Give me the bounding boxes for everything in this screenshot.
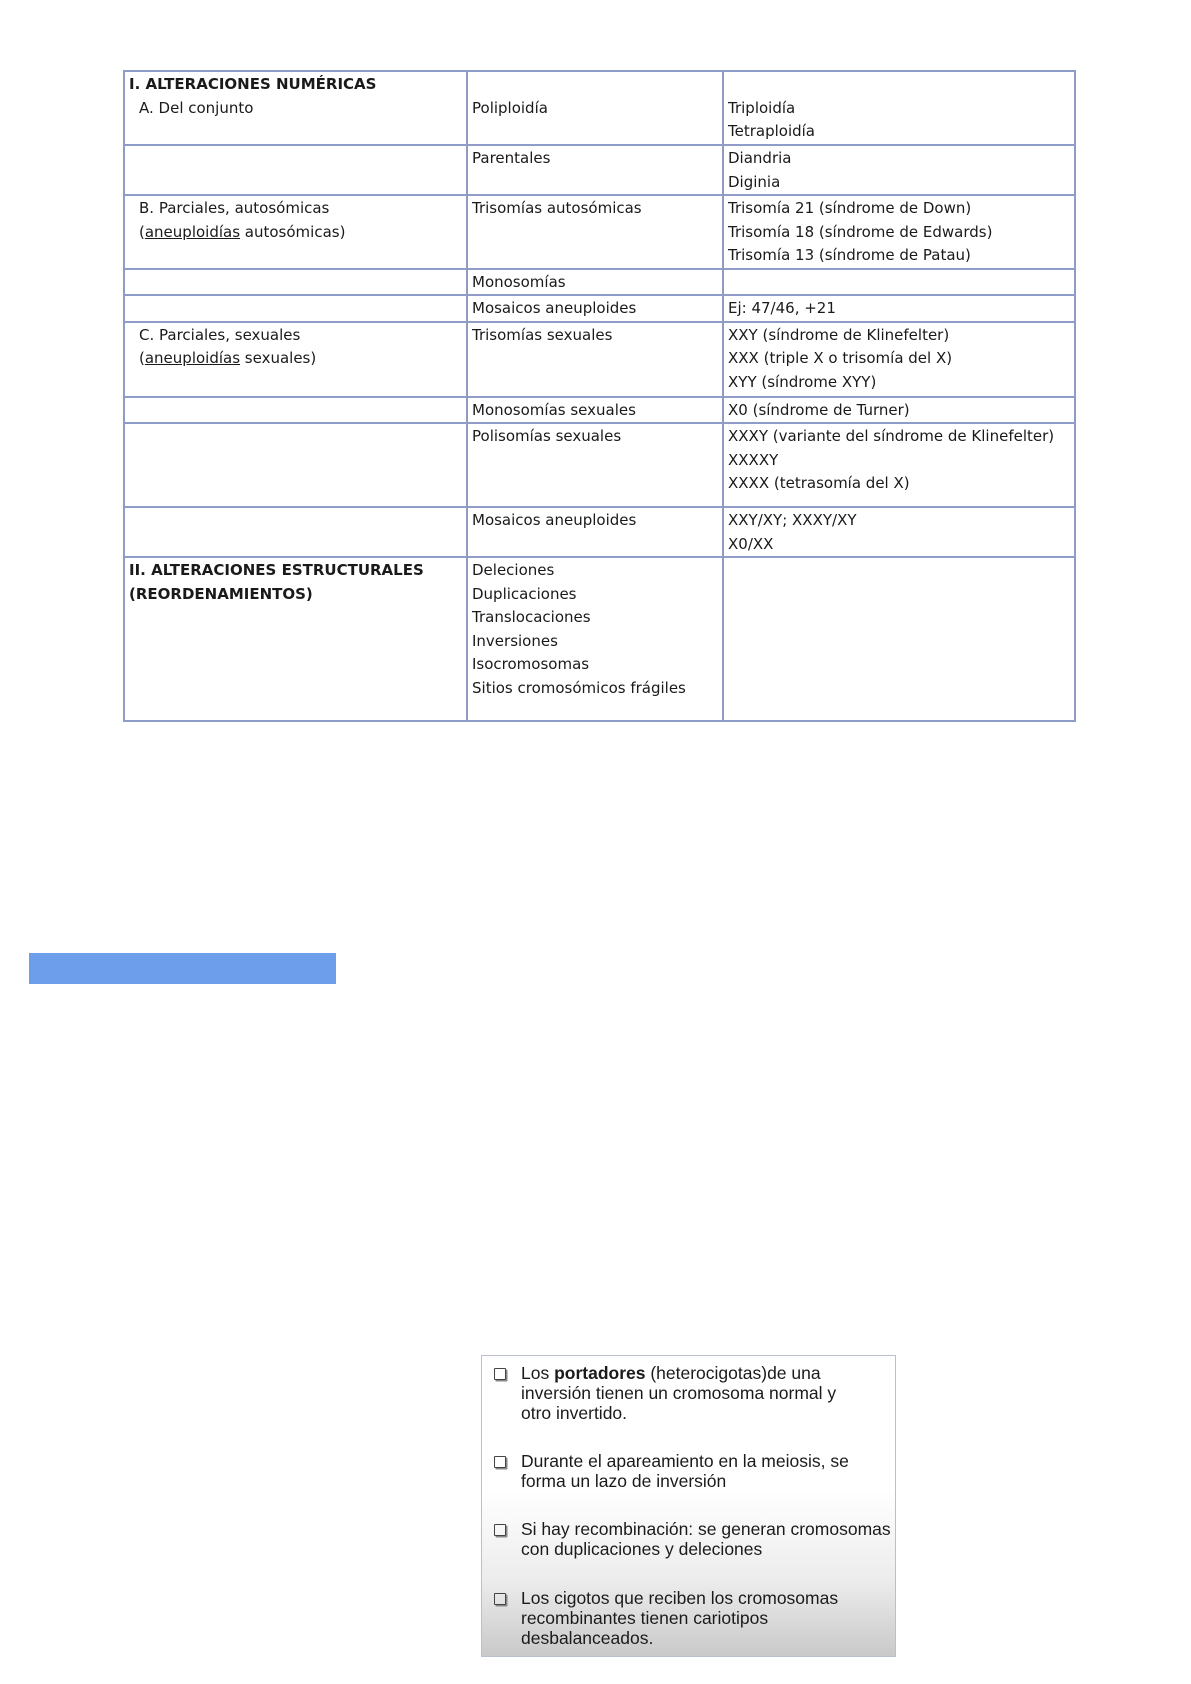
cell-line: Trisomías autosómicas [472, 197, 718, 221]
cell-line: Deleciones [472, 559, 718, 583]
table-row: I. ALTERACIONES NUMÉRICASA. Del conjunto… [124, 71, 1075, 145]
table-cell-col2: Trisomías sexuales [467, 322, 723, 397]
table-cell-col1 [124, 269, 467, 296]
table-cell-col1: B. Parciales, autosómicas(aneuploidías a… [124, 195, 467, 269]
cell-line: XXX (triple X o trisomía del X) [728, 347, 1070, 371]
cell-line: (aneuploidías sexuales) [129, 347, 462, 371]
cell-line: Mosaicos aneuploides [472, 297, 718, 321]
checkbox-bullet-icon [494, 1524, 506, 1536]
table-cell-col2: Parentales [467, 145, 723, 195]
table-cell-col2: Monosomías [467, 269, 723, 296]
cell-line: Ej: 47/46, +21 [728, 297, 1070, 321]
table-row: II. ALTERACIONES ESTRUCTURALES(REORDENAM… [124, 557, 1075, 721]
cell-line [472, 73, 718, 97]
cell-line: Translocaciones [472, 606, 718, 630]
cell-line: B. Parciales, autosómicas [129, 197, 462, 221]
cell-line: XXY/XY; XXXY/XY [728, 509, 1070, 533]
cell-line: Polisomías sexuales [472, 425, 718, 449]
table-cell-col2: Mosaicos aneuploides [467, 295, 723, 322]
cell-line: X0 (síndrome de Turner) [728, 399, 1070, 423]
table-cell-col3 [723, 557, 1075, 721]
table-cell-col2: Poliploidía [467, 71, 723, 145]
inversion-carriers-slide: Los portadores (heterocigotas)de una inv… [481, 1355, 896, 1657]
cell-line: XXXX (tetrasomía del X) [728, 472, 1070, 496]
table-row: Monosomías [124, 269, 1075, 296]
cell-line: XXXY (variante del síndrome de Klinefelt… [728, 425, 1070, 449]
slide-bullet: Durante el apareamiento en la meiosis, s… [490, 1451, 889, 1491]
cell-line: Diginia [728, 171, 1070, 195]
cell-line: (REORDENAMIENTOS) [129, 583, 462, 607]
highlight-bar [29, 953, 336, 984]
table-row: Mosaicos aneuploidesXXY/XY; XXXY/XYX0/XX [124, 507, 1075, 557]
table-cell-col1 [124, 145, 467, 195]
table-cell-col1 [124, 507, 467, 557]
table-cell-col1: I. ALTERACIONES NUMÉRICASA. Del conjunto [124, 71, 467, 145]
cell-line: XXXXY [728, 449, 1070, 473]
table-cell-col3: Trisomía 21 (síndrome de Down)Trisomía 1… [723, 195, 1075, 269]
checkbox-bullet-icon [494, 1456, 506, 1468]
table-cell-col3: XXY/XY; XXXY/XYX0/XX [723, 507, 1075, 557]
slide-bullet: Si hay recombinación: se generan cromoso… [490, 1519, 889, 1559]
cell-line: I. ALTERACIONES NUMÉRICAS [129, 73, 462, 97]
table-row: Mosaicos aneuploidesEj: 47/46, +21 [124, 295, 1075, 322]
table-cell-col3: X0 (síndrome de Turner) [723, 397, 1075, 424]
cell-line: X0/XX [728, 533, 1070, 557]
cell-line: Trisomía 13 (síndrome de Patau) [728, 244, 1070, 268]
cell-line: Parentales [472, 147, 718, 171]
cell-line: A. Del conjunto [129, 97, 462, 121]
table-cell-col2: DelecionesDuplicacionesTranslocacionesIn… [467, 557, 723, 721]
table-row: C. Parciales, sexuales(aneuploidías sexu… [124, 322, 1075, 397]
cell-line: XXY (síndrome de Klinefelter) [728, 324, 1070, 348]
cell-line: C. Parciales, sexuales [129, 324, 462, 348]
table-cell-col2: Polisomías sexuales [467, 423, 723, 507]
checkbox-bullet-icon [494, 1368, 506, 1380]
underlined-term: aneuploidías [145, 349, 240, 367]
table-cell-col3: XXXY (variante del síndrome de Klinefelt… [723, 423, 1075, 507]
cell-line: Tetraploidía [728, 120, 1070, 144]
table-row: Polisomías sexualesXXXY (variante del sí… [124, 423, 1075, 507]
slide-bullet: Los cigotos que reciben los cromosomas r… [490, 1588, 889, 1648]
table-cell-col3: DiandriaDiginia [723, 145, 1075, 195]
cell-line: Duplicaciones [472, 583, 718, 607]
table-row: Monosomías sexualesX0 (síndrome de Turne… [124, 397, 1075, 424]
table-cell-col1: II. ALTERACIONES ESTRUCTURALES(REORDENAM… [124, 557, 467, 721]
cell-line: Monosomías [472, 271, 718, 295]
table-cell-col3: XXY (síndrome de Klinefelter)XXX (triple… [723, 322, 1075, 397]
underlined-term: aneuploidías [145, 223, 240, 241]
checkbox-bullet-icon [494, 1593, 506, 1605]
cell-line: Poliploidía [472, 97, 718, 121]
cell-line: Monosomías sexuales [472, 399, 718, 423]
slide-bullet: Los portadores (heterocigotas)de una inv… [490, 1363, 889, 1423]
cell-line: Trisomía 21 (síndrome de Down) [728, 197, 1070, 221]
cell-line: Trisomías sexuales [472, 324, 718, 348]
table-row: B. Parciales, autosómicas(aneuploidías a… [124, 195, 1075, 269]
cell-line: Sitios cromosómicos frágiles [472, 677, 718, 701]
table-cell-col1 [124, 397, 467, 424]
cell-line: Trisomía 18 (síndrome de Edwards) [728, 221, 1070, 245]
table-cell-col1 [124, 423, 467, 507]
table-cell-col2: Mosaicos aneuploides [467, 507, 723, 557]
cell-line: Mosaicos aneuploides [472, 509, 718, 533]
table-cell-col2: Trisomías autosómicas [467, 195, 723, 269]
table-cell-col3: TriploidíaTetraploidía [723, 71, 1075, 145]
cell-line: Triploidía [728, 97, 1070, 121]
cell-line [728, 73, 1070, 97]
table-cell-col2: Monosomías sexuales [467, 397, 723, 424]
table-cell-col3 [723, 269, 1075, 296]
table-row: ParentalesDiandriaDiginia [124, 145, 1075, 195]
table-cell-col3: Ej: 47/46, +21 [723, 295, 1075, 322]
cell-line: Diandria [728, 147, 1070, 171]
cell-line: (aneuploidías autosómicas) [129, 221, 462, 245]
chromosome-alterations-table: I. ALTERACIONES NUMÉRICASA. Del conjunto… [123, 70, 1076, 722]
cell-line: XYY (síndrome XYY) [728, 371, 1070, 395]
cell-line: Isocromosomas [472, 653, 718, 677]
table-cell-col1: C. Parciales, sexuales(aneuploidías sexu… [124, 322, 467, 397]
cell-line: II. ALTERACIONES ESTRUCTURALES [129, 559, 462, 583]
cell-line: Inversiones [472, 630, 718, 654]
table-cell-col1 [124, 295, 467, 322]
